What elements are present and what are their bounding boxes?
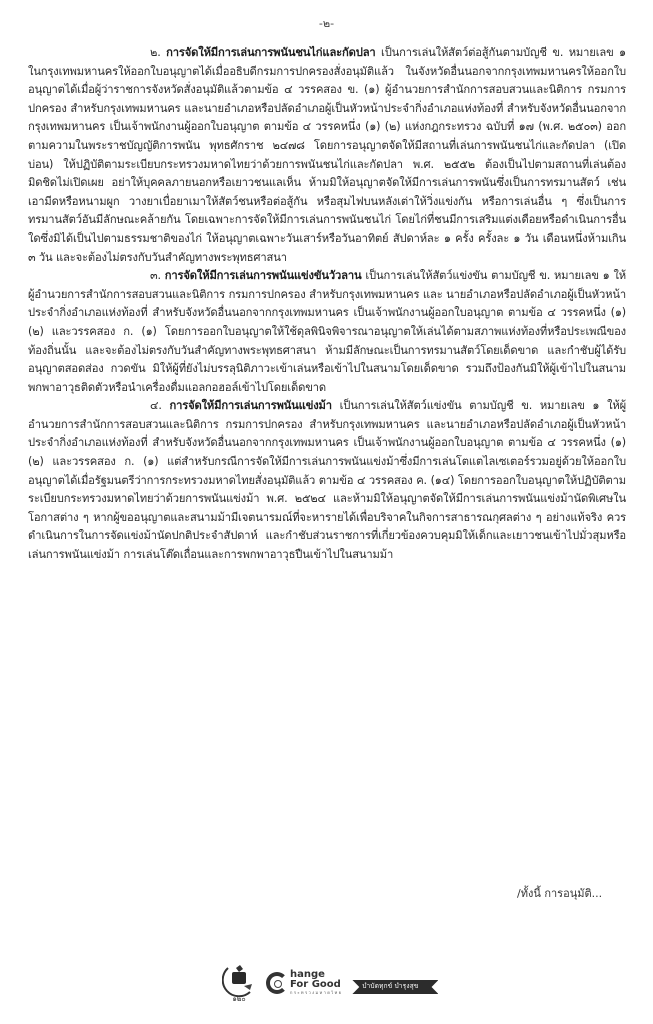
document-body: ๒. การจัดให้มีการเล่นการพนันชนไก่และกัดป… (28, 44, 626, 565)
change-for-good-logo: hange For Good กระทรวงมหาดไทย (266, 970, 342, 996)
banner-text: บำบัดทุกข์ บำรุงสุข (362, 981, 418, 991)
section-heading: การจัดให้มีการเล่นการพนันแข่งขันวัวลาน (165, 269, 362, 282)
svg-text:๑๒๐: ๑๒๐ (232, 995, 245, 1003)
paragraph-cockfighting: ๒. การจัดให้มีการเล่นการพนันชนไก่และกัดป… (28, 44, 626, 267)
section-body: เป็นการเล่นให้สัตว์แข่งขัน ตามบัญชี ข. ห… (28, 269, 626, 394)
paragraph-bull-racing: ๓. การจัดให้มีการเล่นการพนันแข่งขันวัวลา… (28, 267, 626, 397)
change-sub: กระทรวงมหาดไทย (290, 990, 342, 996)
section-body: เป็นการเล่นให้สัตว์ต่อสู้กันตามบัญชี ข. … (28, 46, 626, 264)
change-line2: For Good (290, 980, 342, 990)
section-heading: การจัดให้มีการเล่นการพนันชนไก่และกัดปลา (166, 46, 375, 59)
page-number: -๒- (0, 14, 653, 32)
change-c-icon (266, 972, 288, 994)
paragraph-horse-racing: ๔. การจัดให้มีการเล่นการพนันแข่งม้า เป็น… (28, 397, 626, 564)
continuation-text: /ทั้งนี้ การอนุมัติ... (517, 884, 602, 902)
footer-logos: ๑๒๐ hange For Good กระทรวงมหาดไทย บำบัดท… (222, 962, 438, 1004)
section-heading: การจัดให้มีการเล่นการพนันแข่งม้า (169, 399, 331, 412)
banner-script-icon (368, 968, 424, 981)
section-number: ๒. (150, 46, 161, 59)
motto-banner-logo: บำบัดทุกข์ บำรุงสุข (352, 968, 438, 998)
section-number: ๓. (150, 269, 161, 282)
section-number: ๔. (150, 399, 162, 412)
section-body: เป็นการเล่นให้สัตว์แข่งขัน ตามบัญชี ข. ห… (28, 399, 626, 561)
ministry-emblem-logo: ๑๒๐ (222, 962, 256, 1004)
emblem-icon: ๑๒๐ (222, 962, 256, 1004)
